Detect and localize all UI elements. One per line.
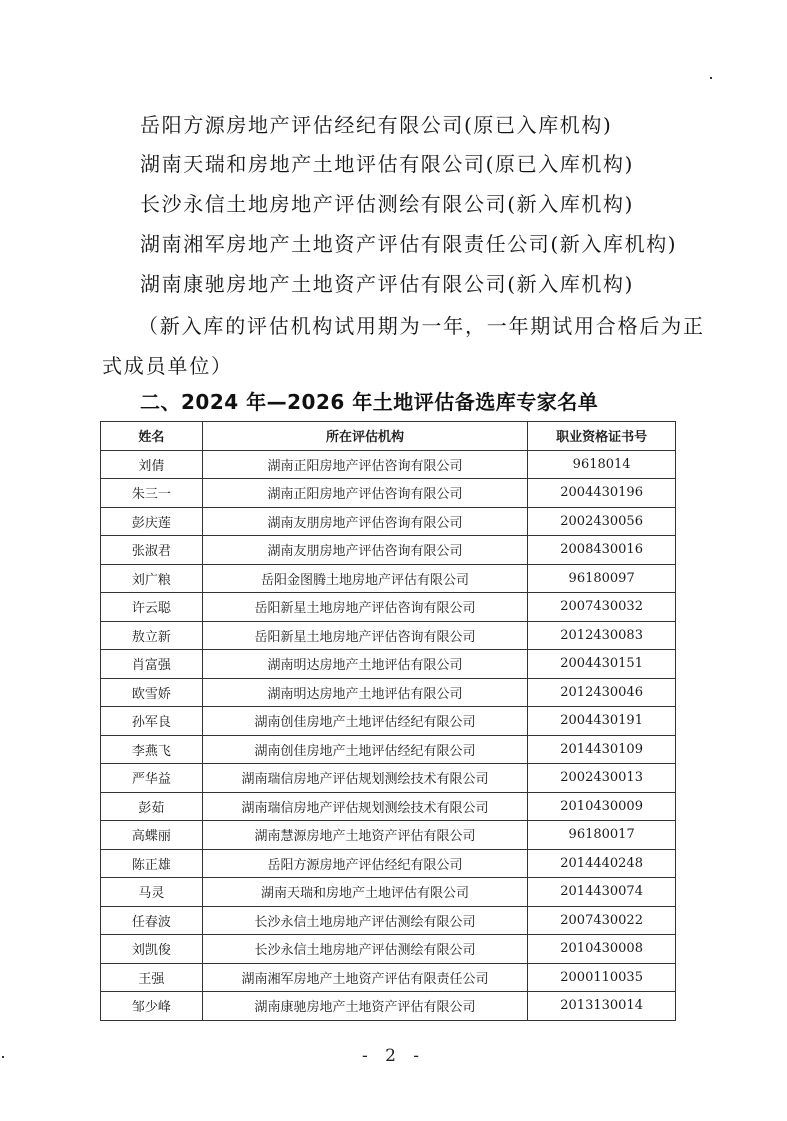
expert-name: 李燕飞	[101, 735, 203, 764]
table-row: 欧雪娇湖南明达房地产土地评估有限公司2012430046	[101, 678, 676, 707]
certificate-number: 2007430032	[528, 593, 676, 622]
table-row: 张淑君湖南友朋房地产评估咨询有限公司2008430016	[101, 536, 676, 565]
expert-name: 敖立新	[101, 621, 203, 650]
expert-name: 邹少峰	[101, 992, 203, 1021]
header-organization: 所在评估机构	[202, 422, 528, 451]
certificate-number: 2002430013	[528, 764, 676, 793]
expert-organization: 长沙永信土地房地产评估测绘有限公司	[202, 935, 528, 964]
organization-status: (新入库机构)	[550, 232, 677, 256]
expert-organization: 湖南正阳房地产评估咨询有限公司	[202, 479, 528, 508]
table-row: 刘广粮岳阳金图腾土地房地产评估有限公司96180097	[101, 564, 676, 593]
certificate-number: 2012430083	[528, 621, 676, 650]
table-row: 敖立新岳阳新星土地房地产评估咨询有限公司2012430083	[101, 621, 676, 650]
certificate-number: 2010430009	[528, 792, 676, 821]
expert-name: 高蝶丽	[101, 821, 203, 850]
certificate-number: 96180097	[528, 564, 676, 593]
table-row: 严华益湖南瑞信房地产评估规划测绘技术有限公司2002430013	[101, 764, 676, 793]
organization-line: 湖南天瑞和房地产土地评估有限公司(原已入库机构)	[140, 152, 634, 176]
expert-organization: 湖南友朋房地产评估咨询有限公司	[202, 536, 528, 565]
expert-organization: 岳阳方源房地产评估经纪有限公司	[202, 849, 528, 878]
expert-name: 刘凯俊	[101, 935, 203, 964]
expert-organization: 湖南明达房地产土地评估有限公司	[202, 650, 528, 679]
expert-organization: 湖南湘军房地产土地资产评估有限责任公司	[202, 963, 528, 992]
expert-name: 任春波	[101, 906, 203, 935]
expert-name: 欧雪娇	[101, 678, 203, 707]
expert-name: 刘倩	[101, 450, 203, 479]
organization-name: 湖南湘军房地产土地资产评估有限责任公司	[140, 232, 550, 256]
table-row: 李燕飞湖南创佳房地产土地评估经纪有限公司2014430109	[101, 735, 676, 764]
expert-organization: 岳阳新星土地房地产评估咨询有限公司	[202, 621, 528, 650]
organization-line: 湖南康驰房地产土地资产评估有限公司(新入库机构)	[140, 272, 634, 296]
expert-organization: 岳阳新星土地房地产评估咨询有限公司	[202, 593, 528, 622]
organization-line: 湖南湘军房地产土地资产评估有限责任公司(新入库机构)	[140, 232, 677, 256]
certificate-number: 9618014	[528, 450, 676, 479]
organization-name: 岳阳方源房地产评估经纪有限公司	[140, 113, 464, 137]
certificate-number: 2002430056	[528, 507, 676, 536]
expert-organization: 湖南创佳房地产土地评估经纪有限公司	[202, 735, 528, 764]
expert-name: 许云聪	[101, 593, 203, 622]
organization-status: (原已入库机构)	[464, 113, 612, 137]
expert-organization: 湖南康驰房地产土地资产评估有限公司	[202, 992, 528, 1021]
table-row: 马灵湖南天瑞和房地产土地评估有限公司2014430074	[101, 878, 676, 907]
table-row: 孙军良湖南创佳房地产土地评估经纪有限公司2004430191	[101, 707, 676, 736]
certificate-number: 96180017	[528, 821, 676, 850]
organization-line: 长沙永信土地房地产评估测绘有限公司(新入库机构)	[140, 192, 634, 216]
header-name: 姓名	[101, 422, 203, 451]
expert-name: 张淑君	[101, 536, 203, 565]
expert-name: 王强	[101, 963, 203, 992]
expert-organization: 湖南瑞信房地产评估规划测绘技术有限公司	[202, 792, 528, 821]
expert-name: 刘广粮	[101, 564, 203, 593]
table-row: 许云聪岳阳新星土地房地产评估咨询有限公司2007430032	[101, 593, 676, 622]
organization-status: (新入库机构)	[507, 272, 634, 296]
certificate-number: 2007430022	[528, 906, 676, 935]
expert-organization: 岳阳金图腾土地房地产评估有限公司	[202, 564, 528, 593]
organization-status: (原已入库机构)	[486, 152, 634, 176]
organization-line: 岳阳方源房地产评估经纪有限公司(原已入库机构)	[140, 113, 612, 137]
expert-name: 陈正雄	[101, 849, 203, 878]
table-header-row: 姓名 所在评估机构 职业资格证书号	[101, 422, 676, 451]
expert-organization: 长沙永信土地房地产评估测绘有限公司	[202, 906, 528, 935]
table-row: 王强湖南湘军房地产土地资产评估有限责任公司2000110035	[101, 963, 676, 992]
table-row: 彭茹湖南瑞信房地产评估规划测绘技术有限公司2010430009	[101, 792, 676, 821]
table-row: 肖富强湖南明达房地产土地评估有限公司2004430151	[101, 650, 676, 679]
expert-name: 彭茹	[101, 792, 203, 821]
table-row: 高蝶丽湖南慧源房地产土地资产评估有限公司96180017	[101, 821, 676, 850]
certificate-number: 2012430046	[528, 678, 676, 707]
certificate-number: 2014430074	[528, 878, 676, 907]
expert-name: 肖富强	[101, 650, 203, 679]
expert-name: 彭庆莲	[101, 507, 203, 536]
certificate-number: 2004430196	[528, 479, 676, 508]
certificate-number: 2004430191	[528, 707, 676, 736]
header-certificate: 职业资格证书号	[528, 422, 676, 451]
expert-organization: 湖南慧源房地产土地资产评估有限公司	[202, 821, 528, 850]
expert-name: 孙军良	[101, 707, 203, 736]
expert-organization: 湖南友朋房地产评估咨询有限公司	[202, 507, 528, 536]
expert-name: 朱三一	[101, 479, 203, 508]
probation-note-continued: 式成员单位）	[102, 354, 233, 378]
organization-name: 湖南天瑞和房地产土地评估有限公司	[140, 152, 486, 176]
table-row: 陈正雄岳阳方源房地产评估经纪有限公司2014440248	[101, 849, 676, 878]
expert-organization: 湖南正阳房地产评估咨询有限公司	[202, 450, 528, 479]
scan-speck	[710, 77, 712, 79]
table-row: 邹少峰湖南康驰房地产土地资产评估有限公司2013130014	[101, 992, 676, 1021]
certificate-number: 2000110035	[528, 963, 676, 992]
expert-organization: 湖南瑞信房地产评估规划测绘技术有限公司	[202, 764, 528, 793]
certificate-number: 2013130014	[528, 992, 676, 1021]
table-row: 彭庆莲湖南友朋房地产评估咨询有限公司2002430056	[101, 507, 676, 536]
expert-organization: 湖南明达房地产土地评估有限公司	[202, 678, 528, 707]
organization-status: (新入库机构)	[507, 192, 634, 216]
section-title: 二、2024 年—2026 年土地评估备选库专家名单	[140, 390, 598, 414]
organization-name: 湖南康驰房地产土地资产评估有限公司	[140, 272, 507, 296]
table-row: 刘凯俊长沙永信土地房地产评估测绘有限公司2010430008	[101, 935, 676, 964]
expert-name: 严华益	[101, 764, 203, 793]
certificate-number: 2004430151	[528, 650, 676, 679]
document-page: 岳阳方源房地产评估经纪有限公司(原已入库机构) 湖南天瑞和房地产土地评估有限公司…	[0, 0, 787, 1121]
table-row: 朱三一湖南正阳房地产评估咨询有限公司2004430196	[101, 479, 676, 508]
page-number: - 2 -	[0, 1046, 787, 1066]
certificate-number: 2008430016	[528, 536, 676, 565]
table-row: 刘倩湖南正阳房地产评估咨询有限公司9618014	[101, 450, 676, 479]
certificate-number: 2014440248	[528, 849, 676, 878]
certificate-number: 2014430109	[528, 735, 676, 764]
expert-organization: 湖南天瑞和房地产土地评估有限公司	[202, 878, 528, 907]
probation-note: （新入库的评估机构试用期为一年，一年期试用合格后为正	[138, 314, 705, 338]
expert-name: 马灵	[101, 878, 203, 907]
expert-list-table: 姓名 所在评估机构 职业资格证书号 刘倩湖南正阳房地产评估咨询有限公司96180…	[100, 421, 676, 1021]
certificate-number: 2010430008	[528, 935, 676, 964]
expert-organization: 湖南创佳房地产土地评估经纪有限公司	[202, 707, 528, 736]
organization-name: 长沙永信土地房地产评估测绘有限公司	[140, 192, 507, 216]
table-row: 任春波长沙永信土地房地产评估测绘有限公司2007430022	[101, 906, 676, 935]
